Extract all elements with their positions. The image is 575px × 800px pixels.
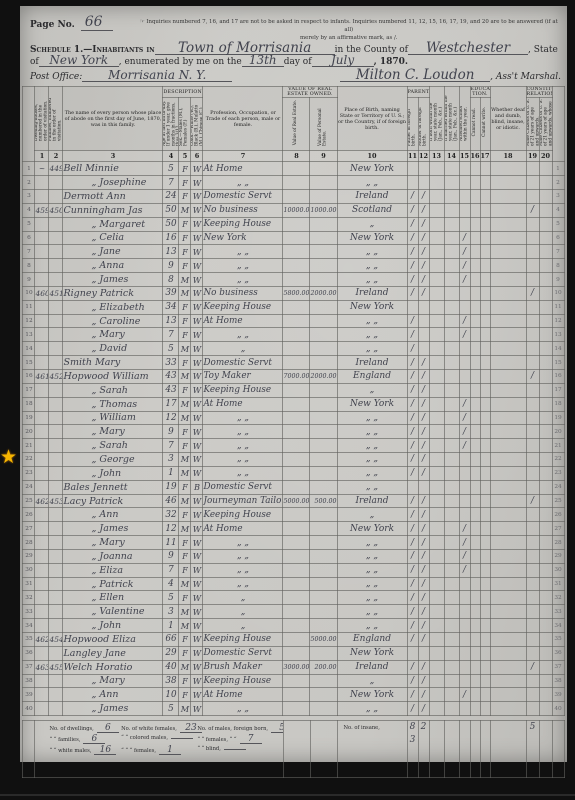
footer-totals: No. of dwellings,6No. of white females,2…	[35, 721, 283, 778]
table-cell	[49, 397, 63, 411]
table-cell: /	[418, 494, 429, 508]
table-cell: F	[179, 425, 191, 439]
table-cell: New York	[337, 397, 407, 411]
table-cell	[539, 397, 552, 411]
table-cell	[35, 397, 49, 411]
table-cell: /	[407, 231, 418, 245]
table-cell: Dermott Ann	[63, 190, 163, 204]
table-cell	[429, 190, 444, 204]
table-cell	[283, 453, 310, 467]
table-cell	[490, 480, 526, 494]
table-cell: „ Celia	[63, 231, 163, 245]
column-number: 11	[407, 151, 418, 162]
total-label: “ “ females, “ “	[197, 737, 236, 743]
col-header-citizen: Male Citizens of U. S. of 21 years of ag…	[526, 98, 539, 151]
table-row: 30„ Eliza7FW„ „„ „///30	[23, 563, 564, 577]
table-cell	[539, 217, 552, 231]
table-cell	[49, 411, 63, 425]
row-number-right: 25	[552, 494, 564, 508]
table-cell	[539, 286, 552, 300]
table-cell	[526, 176, 539, 190]
table-cell: M	[179, 453, 191, 467]
table-cell: „ Jane	[63, 245, 163, 259]
table-cell: /	[418, 688, 429, 702]
table-cell: F	[179, 300, 191, 314]
instructions: ☞ Inquiries numbered 7, 16, and 17 are n…	[137, 14, 561, 42]
table-cell: 38	[163, 674, 179, 688]
table-cell	[459, 660, 470, 674]
table-cell	[35, 453, 49, 467]
table-cell	[459, 162, 470, 176]
row-number: 28	[23, 536, 35, 550]
table-cell	[407, 176, 418, 190]
table-cell: F	[179, 688, 191, 702]
table-cell	[429, 286, 444, 300]
total-value: 7	[240, 735, 262, 744]
table-cell: No business	[203, 286, 283, 300]
table-cell	[526, 549, 539, 563]
table-cell	[480, 439, 490, 453]
table-cell: /	[407, 259, 418, 273]
table-row: 16461452Hopwood William43MWToy Maker7000…	[23, 369, 564, 383]
row-number-right: 12	[552, 314, 564, 328]
table-cell	[283, 314, 310, 328]
table-cell	[526, 328, 539, 342]
table-cell: 46	[163, 494, 179, 508]
table-cell: W	[191, 425, 203, 439]
table-cell: At Home	[203, 522, 283, 536]
table-cell: „ „	[337, 245, 407, 259]
table-cell	[49, 480, 63, 494]
enumerated-label: , enumerated by me on the	[119, 57, 242, 67]
table-cell	[429, 549, 444, 563]
table-cell	[418, 314, 429, 328]
total-value: 5	[271, 724, 283, 733]
total-value: 16	[94, 746, 116, 755]
table-cell	[480, 453, 490, 467]
table-cell: „ „	[337, 176, 407, 190]
table-cell	[526, 633, 539, 647]
table-cell	[526, 688, 539, 702]
table-cell	[283, 342, 310, 356]
table-cell: Domestic Servt	[203, 356, 283, 370]
table-cell	[526, 231, 539, 245]
table-cell: /	[418, 508, 429, 522]
row-number: 6	[23, 231, 35, 245]
table-cell	[310, 480, 337, 494]
table-cell: W	[191, 536, 203, 550]
table-cell: W	[191, 522, 203, 536]
table-cell: /	[418, 217, 429, 231]
table-cell: 11	[163, 536, 179, 550]
table-row: 25462453Lacy Patrick46MWJourneyman Tailo…	[23, 494, 564, 508]
table-cell	[526, 522, 539, 536]
table-row: 7„ Jane13FW„ „„ „///7	[23, 245, 564, 259]
table-cell	[539, 674, 552, 688]
table-cell	[35, 646, 49, 660]
table-cell: F	[179, 439, 191, 453]
table-cell: W	[191, 605, 203, 619]
table-row: 14„ David5MW„„ „/14	[23, 342, 564, 356]
row-number: 25	[23, 494, 35, 508]
table-cell: M	[179, 522, 191, 536]
table-cell	[35, 480, 49, 494]
table-cell	[310, 342, 337, 356]
row-number: 14	[23, 342, 35, 356]
table-cell: /	[459, 688, 470, 702]
table-cell	[480, 300, 490, 314]
total-label: No. of white females,	[121, 726, 177, 732]
table-cell	[407, 646, 418, 660]
table-cell: Ireland	[337, 356, 407, 370]
col-header-age: Age at last birth-day. If under 1 year, …	[163, 98, 179, 151]
table-cell: M	[179, 702, 191, 716]
table-cell: M	[179, 286, 191, 300]
table-cell: 50	[163, 203, 179, 217]
table-cell	[49, 536, 63, 550]
table-cell	[459, 646, 470, 660]
table-cell: F	[179, 245, 191, 259]
table-cell: Domestic Servt	[203, 190, 283, 204]
table-cell: „ Elizabeth	[63, 300, 163, 314]
table-cell: M	[179, 369, 191, 383]
table-row: 39„ Ann10FWAt HomeNew York///39	[23, 688, 564, 702]
table-cell: /	[407, 245, 418, 259]
table-cell: Keeping House	[203, 217, 283, 231]
table-cell	[539, 425, 552, 439]
table-cell: 8	[163, 273, 179, 287]
table-cell: /	[407, 439, 418, 453]
total-item: No. of dwellings,6	[49, 724, 121, 733]
table-cell: /	[407, 633, 418, 647]
instructions-line2: merely by an affirmative mark, as /.	[300, 35, 398, 41]
table-cell: 450	[49, 203, 63, 217]
table-cell: „	[203, 591, 283, 605]
table-cell: 454	[49, 633, 63, 647]
table-cell: /	[418, 619, 429, 633]
table-cell: /	[418, 259, 429, 273]
table-cell: /	[418, 245, 429, 259]
table-cell	[490, 577, 526, 591]
table-cell: W	[191, 286, 203, 300]
table-cell: „	[337, 383, 407, 397]
table-cell	[480, 646, 490, 660]
table-cell	[429, 577, 444, 591]
column-number: 1	[35, 151, 49, 162]
table-cell: F	[179, 674, 191, 688]
column-number: 12	[418, 151, 429, 162]
table-cell	[310, 439, 337, 453]
row-number: 5	[23, 217, 35, 231]
table-cell	[49, 508, 63, 522]
table-cell: Keeping House	[203, 383, 283, 397]
table-row: 35462454Hopwood Eliza66FWKeeping House50…	[23, 633, 564, 647]
table-cell	[490, 203, 526, 217]
table-cell	[526, 480, 539, 494]
table-cell: „ Ann	[63, 688, 163, 702]
table-cell	[429, 522, 444, 536]
table-cell	[283, 411, 310, 425]
table-cell: At Home	[203, 162, 283, 176]
instructions-line1: ☞ Inquiries numbered 7, 16, and 17 are n…	[140, 19, 558, 33]
table-cell	[480, 480, 490, 494]
table-cell	[429, 466, 444, 480]
table-cell	[490, 702, 526, 716]
total-label: “ “ “ females,	[121, 748, 156, 754]
table-cell	[480, 494, 490, 508]
row-number-right: 10	[552, 286, 564, 300]
table-cell	[49, 702, 63, 716]
table-body: 1~449Bell Minnie5FWAt HomeNew York12„ Jo…	[23, 162, 564, 716]
footer-cell	[470, 721, 480, 778]
table-cell: 1	[163, 466, 179, 480]
table-cell: „ „	[203, 577, 283, 591]
table-cell	[526, 605, 539, 619]
table-cell	[470, 411, 480, 425]
row-number-right: 17	[552, 383, 564, 397]
row-number-right: 23	[552, 466, 564, 480]
table-row: 1~449Bell Minnie5FWAt HomeNew York1	[23, 162, 564, 176]
table-cell: 5	[163, 342, 179, 356]
table-cell	[407, 300, 418, 314]
table-row: 22„ George3MW„ „„ „//22	[23, 453, 564, 467]
table-cell: W	[191, 633, 203, 647]
table-cell	[49, 259, 63, 273]
table-cell	[470, 259, 480, 273]
table-cell: 7000.00	[283, 369, 310, 383]
table-cell	[470, 591, 480, 605]
table-cell	[480, 674, 490, 688]
table-cell	[526, 508, 539, 522]
table-cell: /	[407, 660, 418, 674]
table-cell	[283, 480, 310, 494]
table-cell: /	[407, 190, 418, 204]
table-cell	[526, 439, 539, 453]
table-cell: „ James	[63, 702, 163, 716]
table-cell	[539, 522, 552, 536]
table-cell: /	[418, 563, 429, 577]
table-cell: 40	[163, 660, 179, 674]
table-cell	[459, 286, 470, 300]
table-cell	[429, 259, 444, 273]
table-cell: /	[418, 522, 429, 536]
table-cell	[283, 231, 310, 245]
table-cell: 7	[163, 563, 179, 577]
column-number: 20	[539, 151, 552, 162]
table-cell	[444, 466, 459, 480]
table-cell: /	[407, 217, 418, 231]
row-number: 33	[23, 605, 35, 619]
table-row: 18„ Thomas17MWAt HomeNew York///18	[23, 397, 564, 411]
table-cell: M	[179, 203, 191, 217]
table-cell: „	[337, 674, 407, 688]
column-number: 14	[444, 151, 459, 162]
row-number-right: 7	[552, 245, 564, 259]
table-row: 12„ Caroline13FWAt Home„ „//12	[23, 314, 564, 328]
table-cell: W	[191, 203, 203, 217]
table-cell: „ „	[203, 453, 283, 467]
table-cell: Welch Horatio	[63, 660, 163, 674]
table-cell: /	[418, 702, 429, 716]
table-cell	[444, 342, 459, 356]
table-row: 9„ James8MW„ „„ „///9	[23, 273, 564, 287]
table-cell	[49, 674, 63, 688]
row-number-right: 19	[552, 411, 564, 425]
table-cell	[480, 397, 490, 411]
table-cell: /	[407, 619, 418, 633]
table-cell: Keeping House	[203, 508, 283, 522]
table-cell: /	[407, 397, 418, 411]
table-cell: „ „	[337, 702, 407, 716]
table-cell	[310, 605, 337, 619]
table-cell	[310, 231, 337, 245]
table-cell: „ „	[337, 466, 407, 480]
table-cell	[459, 356, 470, 370]
column-number: 6	[191, 151, 203, 162]
column-number: 5	[179, 151, 191, 162]
total-label: “ “ colored males,	[121, 735, 168, 741]
footer-mark-12: 2	[418, 721, 429, 778]
table-cell	[539, 619, 552, 633]
table-cell	[539, 439, 552, 453]
table-cell	[310, 508, 337, 522]
table-cell	[310, 300, 337, 314]
table-cell	[35, 328, 49, 342]
table-cell: /	[418, 549, 429, 563]
table-cell: /	[407, 383, 418, 397]
table-cell	[310, 536, 337, 550]
table-cell	[526, 536, 539, 550]
post-office-label: Post Office:	[30, 72, 82, 82]
table-cell	[429, 342, 444, 356]
table-cell: /	[407, 591, 418, 605]
table-cell: W	[191, 259, 203, 273]
table-cell: 17	[163, 397, 179, 411]
table-cell	[444, 591, 459, 605]
total-label: No. of dwellings,	[49, 726, 93, 732]
table-cell	[459, 494, 470, 508]
table-cell	[539, 328, 552, 342]
table-cell	[490, 633, 526, 647]
table-cell	[49, 176, 63, 190]
table-cell	[459, 300, 470, 314]
table-cell	[35, 702, 49, 716]
table-cell	[444, 176, 459, 190]
col-header-deaf-dumb: Whether deaf and dumb, blind, insane, or…	[490, 87, 526, 151]
table-cell: W	[191, 591, 203, 605]
table-cell	[418, 342, 429, 356]
table-cell: W	[191, 646, 203, 660]
table-cell: 2000.00	[310, 369, 337, 383]
footer-gutter-right	[552, 721, 564, 778]
total-item: “ “ blind,	[197, 746, 280, 755]
table-cell: W	[191, 674, 203, 688]
total-item: “ “ colored males,	[121, 735, 197, 744]
table-cell	[418, 328, 429, 342]
row-number: 11	[23, 300, 35, 314]
table-cell	[480, 605, 490, 619]
table-cell: „ „	[337, 259, 407, 273]
table-cell	[470, 190, 480, 204]
row-number-right: 35	[552, 633, 564, 647]
row-number: 32	[23, 591, 35, 605]
table-cell	[49, 356, 63, 370]
table-cell	[490, 259, 526, 273]
table-cell	[470, 702, 480, 716]
table-cell	[49, 383, 63, 397]
row-number: 19	[23, 411, 35, 425]
row-number-right: 1	[552, 162, 564, 176]
table-cell	[429, 508, 444, 522]
table-cell: W	[191, 549, 203, 563]
table-cell: „ Sarah	[63, 439, 163, 453]
table-cell	[490, 300, 526, 314]
highlight-star-icon[interactable]: ★	[0, 446, 17, 468]
table-cell: F	[179, 646, 191, 660]
table-cell	[480, 536, 490, 550]
table-cell	[444, 577, 459, 591]
table-cell	[490, 411, 526, 425]
table-cell	[283, 397, 310, 411]
table-cell: „ „	[337, 619, 407, 633]
col-header-real-estate: Value of Real Estate.	[283, 98, 310, 151]
table-cell	[444, 397, 459, 411]
row-number: 31	[23, 577, 35, 591]
table-cell: /	[407, 536, 418, 550]
table-cell	[444, 203, 459, 217]
table-cell: /	[526, 286, 539, 300]
table-cell: /	[459, 522, 470, 536]
col-header-occupation: Profession, Occupation, or Trade of each…	[203, 87, 283, 151]
table-row: 17„ Sarah43FWKeeping House„//17	[23, 383, 564, 397]
insane-label: No. of insane,	[338, 721, 407, 731]
table-cell	[480, 563, 490, 577]
table-cell: /	[418, 577, 429, 591]
table-cell: 7	[163, 439, 179, 453]
column-number: 19	[526, 151, 539, 162]
table-cell	[480, 245, 490, 259]
column-number: 8	[283, 151, 310, 162]
table-cell	[470, 494, 480, 508]
table-cell	[539, 591, 552, 605]
table-cell	[539, 577, 552, 591]
table-cell	[444, 231, 459, 245]
table-cell	[49, 577, 63, 591]
table-cell	[470, 203, 480, 217]
table-cell: At Home	[203, 397, 283, 411]
table-cell: F	[179, 480, 191, 494]
total-label: “ “ white males,	[49, 748, 91, 754]
row-number: 1	[23, 162, 35, 176]
table-cell: M	[179, 273, 191, 287]
table-cell: W	[191, 660, 203, 674]
table-cell	[310, 577, 337, 591]
table-cell	[470, 369, 480, 383]
table-cell: F	[179, 314, 191, 328]
table-cell: /	[418, 397, 429, 411]
table-cell	[526, 245, 539, 259]
table-cell: 452	[49, 369, 63, 383]
table-cell: „ Ann	[63, 508, 163, 522]
table-cell: /	[459, 411, 470, 425]
table-cell: „ „	[337, 439, 407, 453]
table-cell	[35, 674, 49, 688]
table-cell	[470, 605, 480, 619]
table-row: 5„ Margaret50FWKeeping House„//5	[23, 217, 564, 231]
table-cell: „ Mary	[63, 328, 163, 342]
table-cell	[35, 619, 49, 633]
table-cell	[407, 162, 418, 176]
